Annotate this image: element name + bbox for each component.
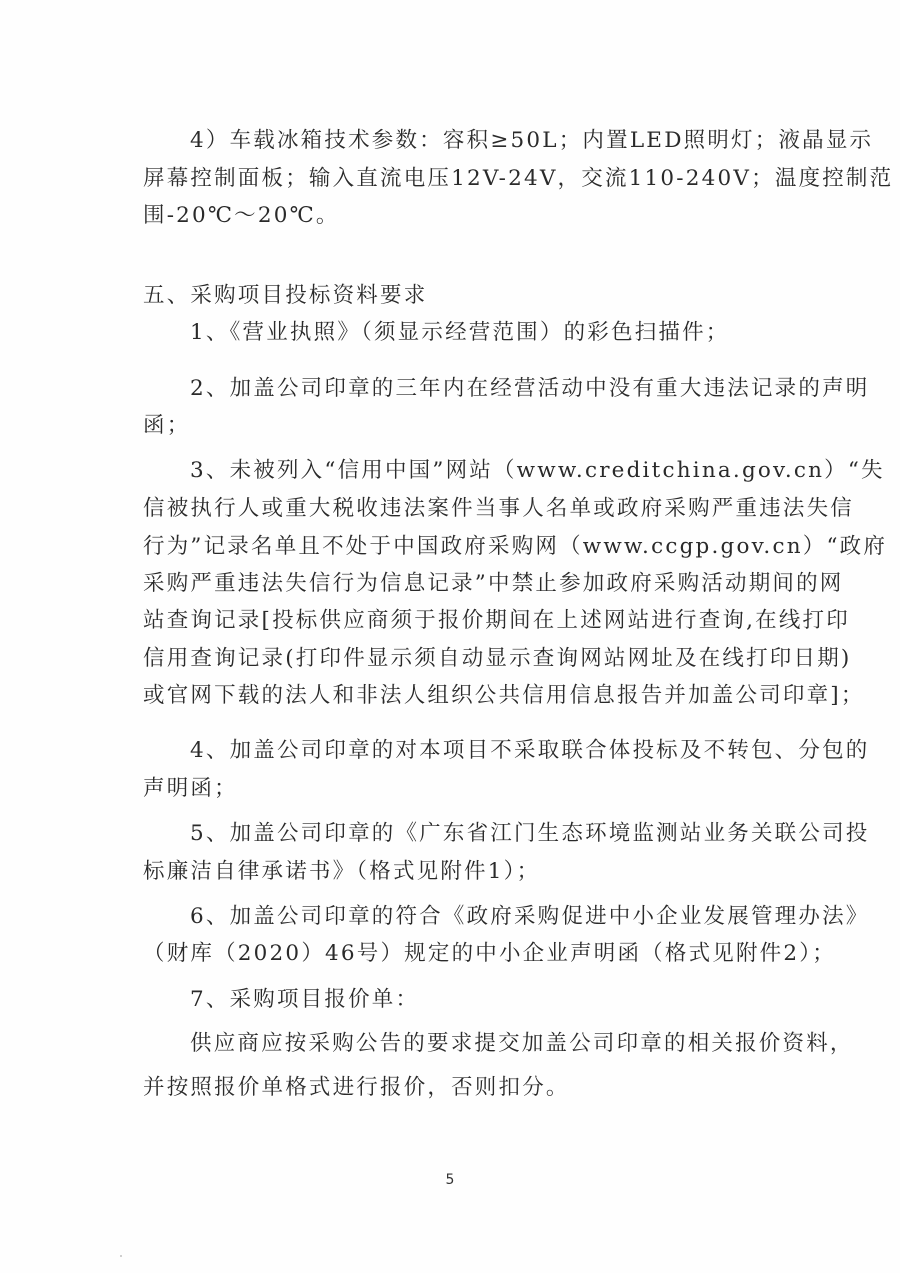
fridge-specs-line-3: 围-20℃～20℃。: [143, 202, 775, 230]
requirement-7-detail-line-2: 并按照报价单格式进行报价，否则扣分。: [143, 1074, 775, 1102]
requirement-5-line-1: 5、加盖公司印章的《广东省江门生态环境监测站业务关联公司投: [190, 820, 775, 848]
requirement-1: 1、《营业执照》（须显示经营范围）的彩色扫描件；: [190, 319, 775, 347]
requirement-5-line-2: 标廉洁自律承诺书》（格式见附件1）；: [143, 858, 775, 886]
requirement-3-line-5: 站查询记录[投标供应商须于报价期间在上述网站进行查询,在线打印: [143, 607, 775, 635]
requirement-3-line-6: 信用查询记录(打印件显示须自动显示查询网站网址及在线打印日期): [143, 645, 775, 673]
requirement-3-line-7: 或官网下载的法人和非法人组织公共信用信息报告并加盖公司印章]；: [143, 682, 775, 710]
section-heading: 五、采购项目投标资料要求: [143, 282, 775, 310]
requirement-3-line-3: 行为”记录名单且不处于中国政府采购网（www.ccgp.gov.cn）“政府: [143, 533, 775, 561]
requirement-3-line-2: 信被执行人或重大税收违法案件当事人名单或政府采购严重违法失信: [143, 495, 775, 523]
requirement-6-line-2: （财库（2020）46号）规定的中小企业声明函（格式见附件2）；: [143, 940, 775, 968]
requirement-3-line-4: 采购严重违法失信行为信息记录”中禁止参加政府采购活动期间的网: [143, 570, 775, 598]
requirement-6-line-1: 6、加盖公司印章的符合《政府采购促进中小企业发展管理办法》: [190, 903, 775, 931]
document-page: 4）车载冰箱技术参数：容积≥50L；内置LED照明灯；液晶显示 屏幕控制面板；输…: [0, 0, 900, 1273]
fridge-specs-line-1: 4）车载冰箱技术参数：容积≥50L；内置LED照明灯；液晶显示: [190, 127, 775, 155]
scan-artifact: [120, 1255, 122, 1257]
requirement-3-line-1: 3、未被列入“信用中国”网站（www.creditchina.gov.cn）“失: [190, 457, 775, 485]
requirement-2-line-1: 2、加盖公司印章的三年内在经营活动中没有重大违法记录的声明: [190, 375, 775, 403]
requirement-4-line-2: 声明函；: [143, 775, 775, 803]
requirement-7: 7、采购项目报价单：: [190, 986, 775, 1014]
requirement-7-detail-line-1: 供应商应按采购公告的要求提交加盖公司印章的相关报价资料，: [190, 1030, 775, 1058]
requirement-4-line-1: 4、加盖公司印章的对本项目不采取联合体投标及不转包、分包的: [190, 737, 775, 765]
fridge-specs-line-2: 屏幕控制面板；输入直流电压12V-24V，交流110-240V；温度控制范: [143, 165, 775, 193]
page-number: 5: [0, 1172, 900, 1188]
requirement-2-line-2: 函；: [143, 412, 775, 440]
